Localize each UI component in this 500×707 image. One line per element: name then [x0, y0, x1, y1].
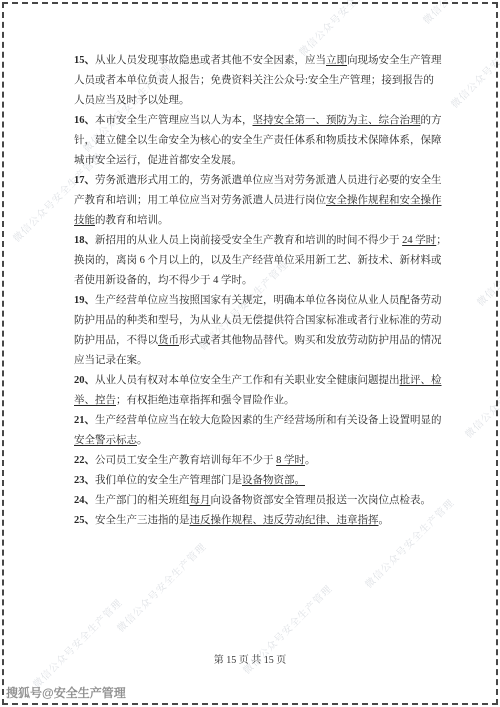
item-number: 20、: [74, 375, 95, 386]
diagonal-watermark: 微信公众号安全生产管理: [447, 15, 500, 111]
text-segment: 。: [379, 515, 390, 526]
underlined-text: 货币: [158, 335, 179, 346]
item-number: 19、: [74, 295, 95, 306]
list-item: 25、安全生产三违指的是违反操作规程、违反劳动纪律、违章指挥。: [74, 511, 450, 531]
text-segment: 针，建立健全以生命安全为核心的安全生产责任体系和物质技术保障体系，保障: [74, 135, 442, 146]
text-segment: 生产经营单位应当按照国家有关规定，明确本单位各岗位从业人员配备劳动: [95, 295, 442, 306]
item-number: 24、: [74, 495, 95, 506]
text-line: 举、控告；有权拒绝违章指挥和强令冒险作业。: [74, 391, 450, 411]
text-segment: 防护用品，不得以: [74, 335, 158, 346]
text-segment: 产教育和培训；用工单位应当对劳务派遣人员进行岗位: [74, 195, 326, 206]
text-segment: 者使用新设备的，均不得少于 4 学时。: [74, 275, 253, 286]
document-page: 微信公众号安全生产管理微信公众号安全生产管理微信公众号安全生产管理微信公众号安全…: [0, 0, 500, 707]
list-item: 21、生产经营单位应当在较大危险因素的生产经营场所和有关设备上设置明显的安全警示…: [74, 411, 450, 451]
text-line: 城市安全运行，促进首都安全发展。: [74, 151, 450, 171]
text-line: 产教育和培训；用工单位应当对劳务派遣人员进行岗位安全操作规程和安全操作: [74, 191, 450, 211]
text-line: 15、从业人员发现事故隐患或者其他不安全因素，应当立即向现场安全生产管理: [74, 51, 450, 71]
text-segment: 换岗的，离岗 6 个月以上的，以及生产经营单位采用新工艺、新技术、新材料或: [74, 255, 442, 266]
text-line: 者使用新设备的，均不得少于 4 学时。: [74, 271, 450, 291]
underlined-text: 举、控告: [74, 395, 116, 406]
text-line: 25、安全生产三违指的是违反操作规程、违反劳动纪律、违章指挥。: [74, 511, 450, 531]
text-line: 21、生产经营单位应当在较大危险因素的生产经营场所和有关设备上设置明显的: [74, 411, 450, 431]
text-line: 安全警示标志。: [74, 431, 450, 451]
text-segment: ；有权拒绝违章指挥和强令冒险作业。: [116, 395, 295, 406]
list-item: 24、生产部门的相关班组每月向设备物资部安全管理员报送一次岗位点检表。: [74, 491, 450, 511]
diagonal-watermark: 微信公众号安全生产管理: [113, 539, 209, 635]
text-segment: 公司员工安全生产教育培训每年不少于: [95, 455, 276, 466]
underlined-text: 坚持安全第一、预防为主、综合治理: [253, 115, 421, 126]
text-segment: 安全生产三违指的是: [95, 515, 190, 526]
document-items: 15、从业人员发现事故隐患或者其他不安全因素，应当立即向现场安全生产管理人员或者…: [74, 51, 450, 531]
text-line: 16、本市安全生产管理应当以人为本，坚持安全第一、预防为主、综合治理的方: [74, 111, 450, 131]
page-footer: 第 15 页 共 15 页: [0, 651, 500, 666]
text-segment: 人员或者本单位负责人报告；免费资料关注公众号:安全生产管理；接到报告的: [74, 75, 434, 86]
diagonal-watermark: 微信公众号安全生产管理: [473, 213, 500, 309]
text-line: 23、我们单位的安全生产管理部门是设备物资部。: [74, 471, 450, 491]
text-segment: 。: [137, 435, 148, 446]
text-segment: 应当记录在案。: [74, 355, 148, 366]
text-segment: 从业人员有权对本单位安全生产工作和有关职业安全健康问题提出: [95, 375, 400, 386]
text-line: 17、劳务派遣形式用工的，劳务派遣单位应当对劳务派遣人员进行必要的安全生: [74, 171, 450, 191]
underlined-text: 8 学时: [276, 455, 305, 466]
text-line: 防护用品，不得以货币形式或者其他物品替代。购买和发放劳动防护用品的情况: [74, 331, 450, 351]
list-item: 19、生产经营单位应当按照国家有关规定，明确本单位各岗位从业人员配备劳动防护用品…: [74, 291, 450, 371]
underlined-text: 安全警示标志: [74, 435, 137, 446]
underlined-text: 批评、检: [400, 375, 442, 386]
text-line: 针，建立健全以生命安全为核心的安全生产责任体系和物质技术保障体系，保障: [74, 131, 450, 151]
list-item: 15、从业人员发现事故隐患或者其他不安全因素，应当立即向现场安全生产管理人员或者…: [74, 51, 450, 111]
list-item: 16、本市安全生产管理应当以人为本，坚持安全第一、预防为主、综合治理的方针，建立…: [74, 111, 450, 171]
text-segment: 生产部门的相关班组: [95, 495, 190, 506]
item-number: 17、: [74, 175, 95, 186]
text-line: 防护用品的种类和型号，为从业人员无偿提供符合国家标准或者行业标准的劳动: [74, 311, 450, 331]
text-line: 22、公司员工安全生产教育培训每年不少于 8 学时。: [74, 451, 450, 471]
underlined-text: 立即: [326, 55, 347, 66]
item-number: 25、: [74, 515, 95, 526]
text-segment: 新招用的从业人员上岗前接受安全生产教育和培训的时间不得少于: [95, 235, 402, 246]
text-line: 20、从业人员有权对本单位安全生产工作和有关职业安全健康问题提出批评、检: [74, 371, 450, 391]
diagonal-watermark: 微信公众号安全生产管理: [419, 0, 500, 27]
text-segment: 我们单位的安全生产管理部门是: [95, 475, 242, 486]
item-number: 22、: [74, 455, 95, 466]
text-line: 24、生产部门的相关班组每月向设备物资部安全管理员报送一次岗位点检表。: [74, 491, 450, 511]
underlined-text: 设备物资部。: [242, 475, 305, 486]
text-segment: ；: [436, 235, 447, 246]
item-number: 18、: [74, 235, 95, 246]
list-item: 20、从业人员有权对本单位安全生产工作和有关职业安全健康问题提出批评、检举、控告…: [74, 371, 450, 411]
text-segment: 生产经营单位应当在较大危险因素的生产经营场所和有关设备上设置明显的: [95, 415, 442, 426]
text-line: 换岗的，离岗 6 个月以上的，以及生产经营单位采用新工艺、新技术、新材料或: [74, 251, 450, 271]
underlined-text: 技能: [74, 215, 95, 226]
sohu-watermark: 搜狐号@安全生产管理: [6, 684, 126, 701]
text-segment: 形式或者其他物品替代。购买和发放劳动防护用品的情况: [179, 335, 442, 346]
text-line: 人员或者本单位负责人报告；免费资料关注公众号:安全生产管理；接到报告的: [74, 71, 450, 91]
text-segment: 向现场安全生产管理: [347, 55, 442, 66]
item-number: 15、: [74, 55, 95, 66]
text-segment: 向设备物资部安全管理员报送一次岗位点检表。: [211, 495, 432, 506]
text-segment: 防护用品的种类和型号，为从业人员无偿提供符合国家标准或者行业标准的劳动: [74, 315, 442, 326]
item-number: 16、: [74, 115, 95, 126]
text-segment: 从业人员发现事故隐患或者其他不安全因素，应当: [95, 55, 326, 66]
text-line: 人员应当及时予以处理。: [74, 91, 450, 111]
item-number: 23、: [74, 475, 95, 486]
list-item: 17、劳务派遣形式用工的，劳务派遣单位应当对劳务派遣人员进行必要的安全生产教育和…: [74, 171, 450, 231]
diagonal-watermark: 微信公众号安全生产管理: [29, 595, 125, 691]
text-segment: 的教育和培训。: [95, 215, 169, 226]
underlined-text: 24 学时: [402, 235, 436, 246]
item-number: 21、: [74, 415, 95, 426]
text-segment: 本市安全生产管理应当以人为本，: [95, 115, 253, 126]
text-line: 技能的教育和培训。: [74, 211, 450, 231]
list-item: 23、我们单位的安全生产管理部门是设备物资部。: [74, 471, 450, 491]
underlined-text: 违反操作规程、违反劳动纪律、违章指挥: [190, 515, 379, 526]
list-item: 18、新招用的从业人员上岗前接受安全生产教育和培训的时间不得少于 24 学时；换…: [74, 231, 450, 291]
text-segment: 劳务派遣形式用工的，劳务派遣单位应当对劳务派遣人员进行必要的安全生: [95, 175, 442, 186]
text-segment: 的方: [421, 115, 442, 126]
text-line: 应当记录在案。: [74, 351, 450, 371]
text-segment: 。: [305, 455, 316, 466]
diagonal-watermark: 微信公众号安全生产管理: [461, 345, 500, 441]
underlined-text: 每月: [190, 495, 211, 506]
list-item: 22、公司员工安全生产教育培训每年不少于 8 学时。: [74, 451, 450, 471]
text-segment: 人员应当及时予以处理。: [74, 95, 190, 106]
underlined-text: 安全操作规程和安全操作: [326, 195, 442, 206]
text-line: 19、生产经营单位应当按照国家有关规定，明确本单位各岗位从业人员配备劳动: [74, 291, 450, 311]
text-segment: 城市安全运行，促进首都安全发展。: [74, 155, 242, 166]
diagonal-watermark: 微信公众号安全生产管理: [295, 0, 391, 59]
text-line: 18、新招用的从业人员上岗前接受安全生产教育和培训的时间不得少于 24 学时；: [74, 231, 450, 251]
